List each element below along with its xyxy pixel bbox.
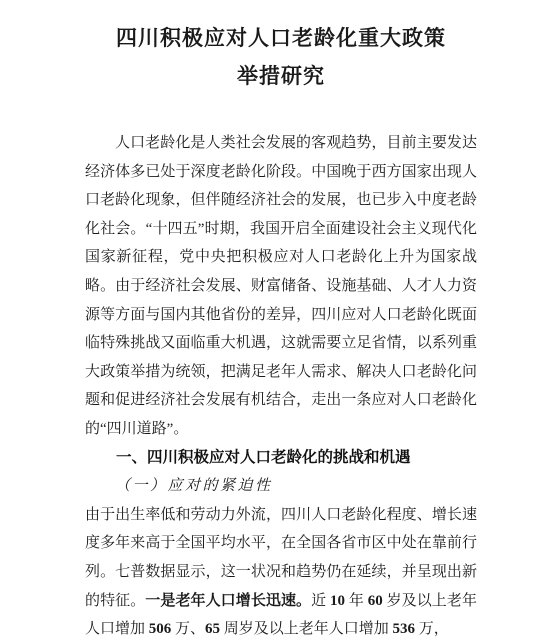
intro-paragraph: 人口老龄化是人类社会发展的客观趋势，目前主要发达经济体多已处于深度老龄化阶段。中… xyxy=(85,129,477,444)
section-1-paragraph: 由于出生率低和劳动力外流，四川人口老龄化程度、增长速度多年来高于全国平均水平，在… xyxy=(85,501,477,642)
text-segment-number: 536 xyxy=(393,621,416,637)
section-1-heading: 一、四川积极应对人口老龄化的挑战和机遇 xyxy=(85,444,477,473)
text-segment: 年 xyxy=(345,593,368,609)
title-line-1: 四川积极应对人口老龄化重大政策 xyxy=(116,26,446,50)
text-segment-number: 60 xyxy=(368,593,383,609)
text-segment-number: 65 xyxy=(205,621,220,637)
document-content: 四川积极应对人口老龄化重大政策 举措研究 人口老龄化是人类社会发展的客观趋势，目… xyxy=(85,0,477,642)
document-title: 四川积极应对人口老龄化重大政策 举措研究 xyxy=(85,0,477,95)
text-segment: 万， xyxy=(415,621,449,637)
text-segment-number: 10 xyxy=(330,593,345,609)
text-segment: 万、 xyxy=(171,621,205,637)
section-1-subheading: （一）应对的紧迫性 xyxy=(85,472,477,501)
title-line-2: 举措研究 xyxy=(237,64,325,88)
text-segment-number: 506 xyxy=(149,621,172,637)
document-body: 人口老龄化是人类社会发展的客观趋势，目前主要发达经济体多已处于深度老龄化阶段。中… xyxy=(85,129,477,642)
document-page: 四川积极应对人口老龄化重大政策 举措研究 人口老龄化是人类社会发展的客观趋势，目… xyxy=(0,0,553,642)
text-segment-emphasis: 一是老年人口增长迅速。 xyxy=(145,593,311,609)
text-segment: 近 xyxy=(311,593,330,609)
text-segment: 周岁及以上老年人口增加 xyxy=(220,621,393,637)
